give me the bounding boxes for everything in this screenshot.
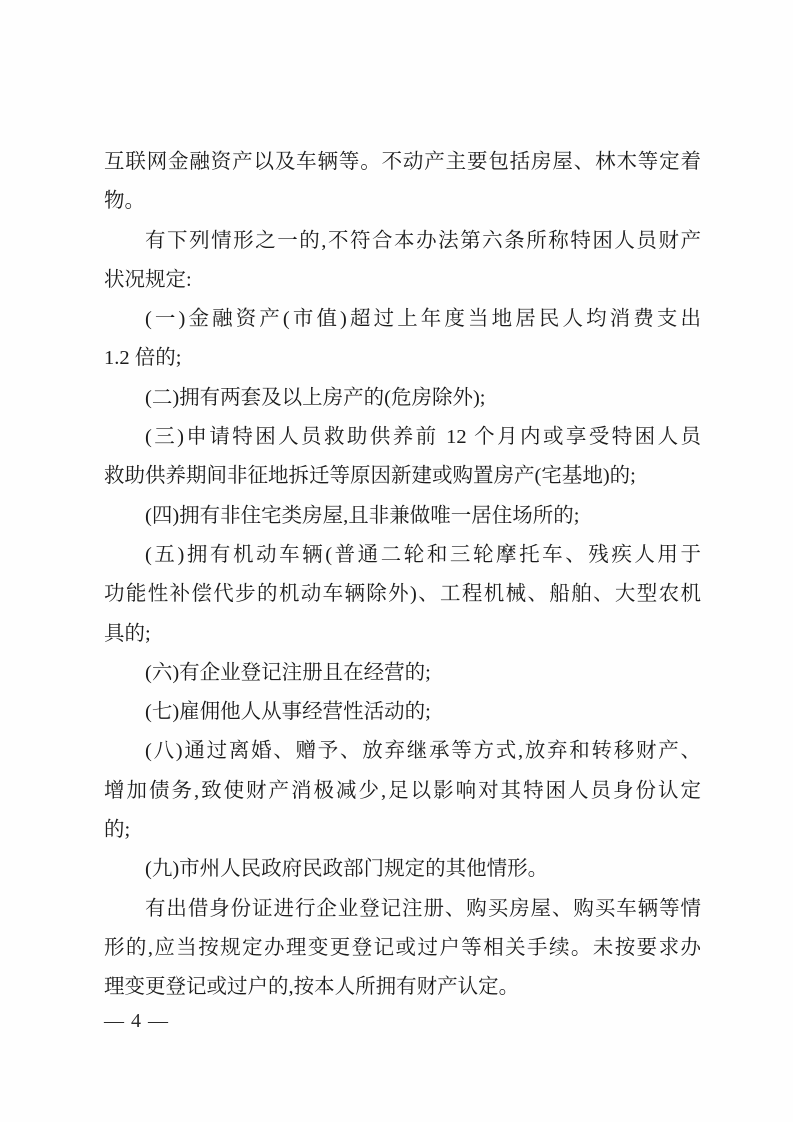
text-line: (八)通过离婚、赠予、放弃继承等方式,放弃和转移财产、 — [104, 732, 701, 771]
text-line: 状况规定: — [104, 261, 701, 300]
text-line: (七)雇佣他人从事经营性活动的; — [104, 693, 701, 732]
text-line: 有下列情形之一的,不符合本办法第六条所称特困人员财产 — [104, 222, 701, 261]
text-line: (一)金融资产(市值)超过上年度当地居民人均消费支出 — [104, 300, 701, 339]
text-line: 功能性补偿代步的机动车辆除外)、工程机械、船舶、大型农机 — [104, 575, 701, 614]
text-line: 有出借身份证进行企业登记注册、购买房屋、购买车辆等情 — [104, 890, 701, 929]
text-line: 互联网金融资产以及车辆等。不动产主要包括房屋、林木等定着 — [104, 143, 701, 182]
text-line: 理变更登记或过户的,按本人所拥有财产认定。 — [104, 968, 701, 1007]
text-line: 具的; — [104, 615, 701, 654]
document-page: 互联网金融资产以及车辆等。不动产主要包括房屋、林木等定着物。有下列情形之一的,不… — [0, 0, 793, 1122]
text-line: 物。 — [104, 182, 701, 221]
text-line: (六)有企业登记注册且在经营的; — [104, 654, 701, 693]
text-line: (二)拥有两套及以上房产的(危房除外); — [104, 379, 701, 418]
text-line: 形的,应当按规定办理变更登记或过户等相关手续。未按要求办 — [104, 929, 701, 968]
page-number: — 4 — — [104, 1008, 169, 1034]
text-line: 1.2 倍的; — [104, 339, 701, 378]
text-line: (四)拥有非住宅类房屋,且非兼做唯一居住场所的; — [104, 497, 701, 536]
text-line: (三)申请特困人员救助供养前 12 个月内或享受特困人员 — [104, 418, 701, 457]
text-line: (九)市州人民政府民政部门规定的其他情形。 — [104, 850, 701, 889]
document-body: 互联网金融资产以及车辆等。不动产主要包括房屋、林木等定着物。有下列情形之一的,不… — [104, 143, 701, 1008]
text-line: (五)拥有机动车辆(普通二轮和三轮摩托车、残疾人用于 — [104, 536, 701, 575]
text-line: 的; — [104, 811, 701, 850]
text-line: 救助供养期间非征地拆迁等原因新建或购置房产(宅基地)的; — [104, 457, 701, 496]
text-line: 增加债务,致使财产消极减少,足以影响对其特困人员身份认定 — [104, 772, 701, 811]
